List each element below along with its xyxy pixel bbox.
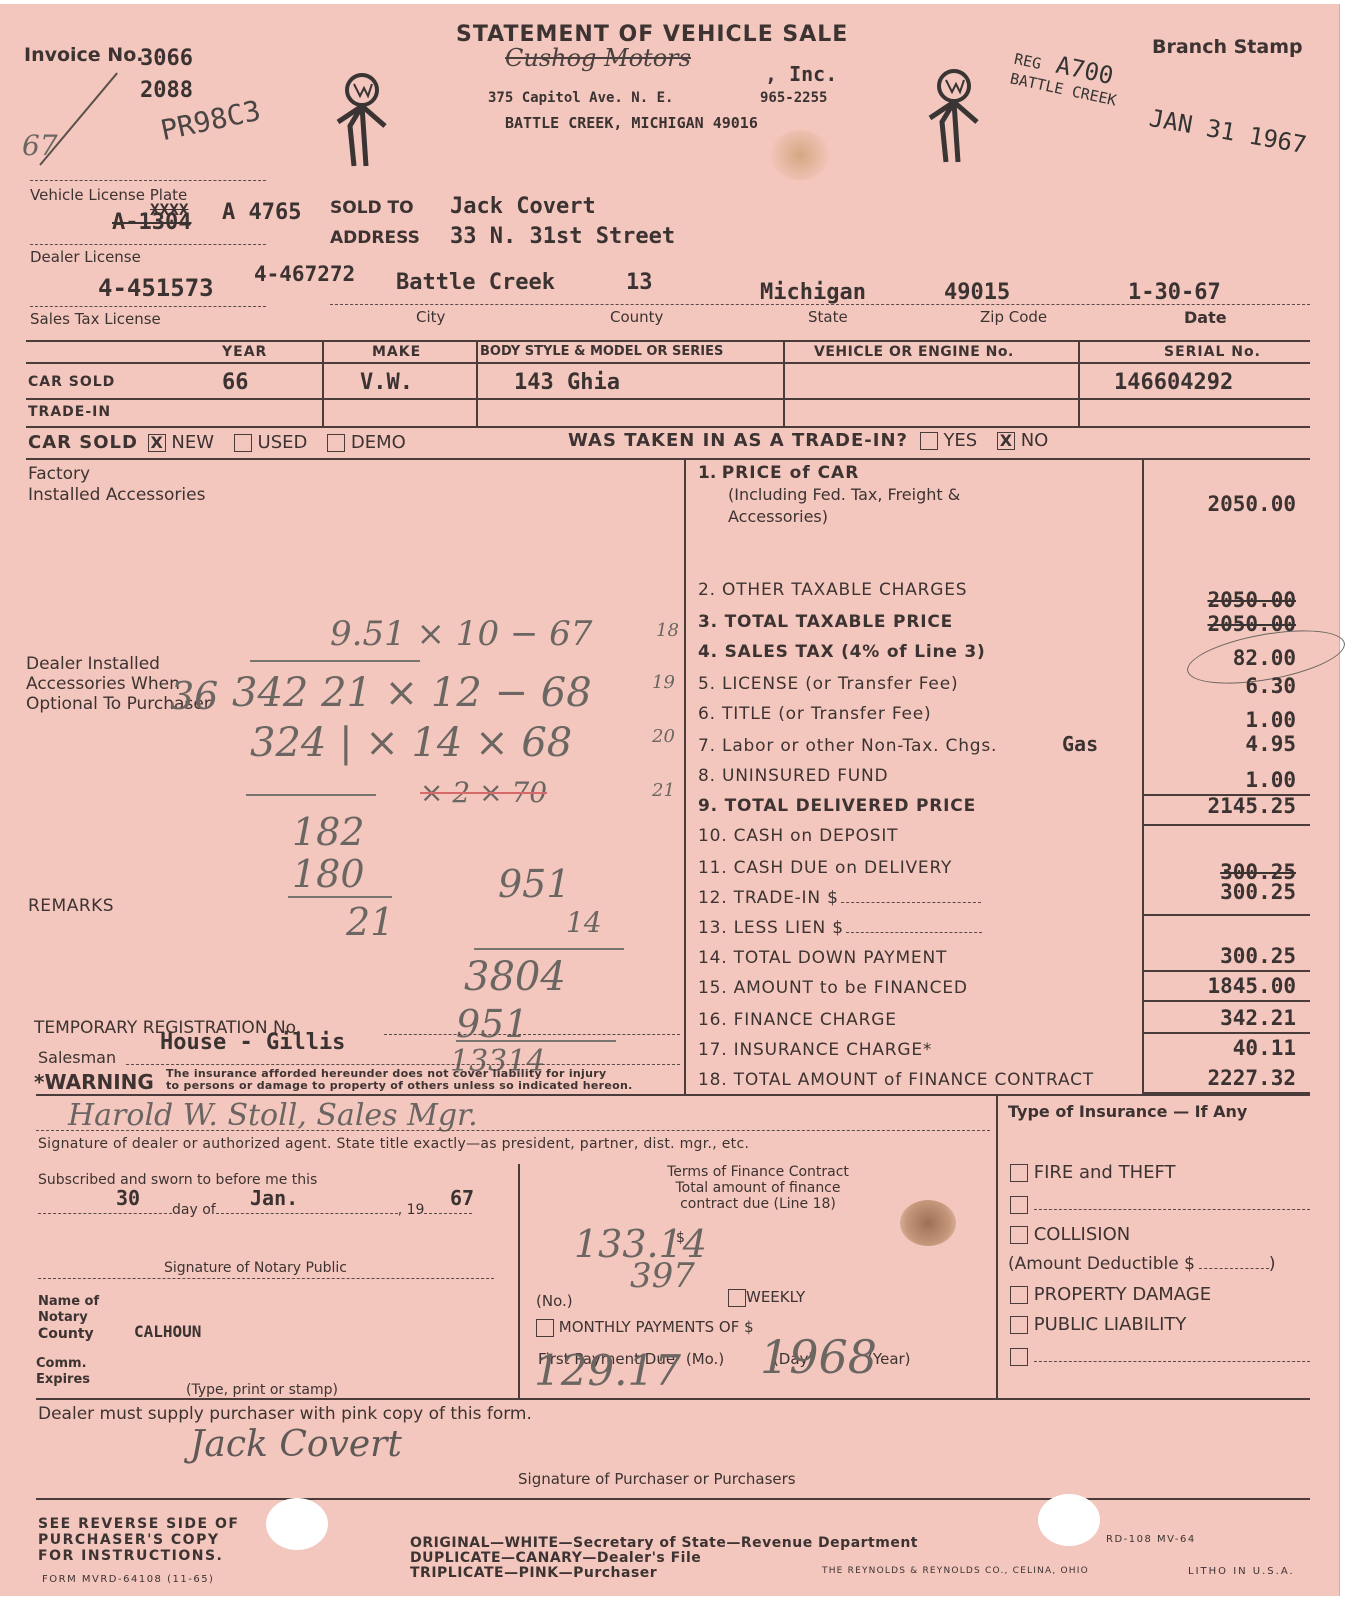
yes-label: YES: [943, 430, 977, 451]
amount-line-18: 2227.32: [1146, 1066, 1296, 1090]
warning-text: The insurance afforded hereunder does no…: [166, 1068, 633, 1092]
monthly-checkbox[interactable]: [536, 1319, 554, 1337]
insurance-blank-1: [1010, 1194, 1310, 1215]
calc-line-6: 180: [292, 852, 365, 896]
car-sold-serial: 146604292: [1114, 370, 1233, 395]
dealer-license: 4-451573: [98, 274, 214, 302]
amount-line-14: 300.25: [1146, 944, 1296, 968]
type-print-label: (Type, print or stamp): [186, 1382, 338, 1398]
pink-copy-note: Dealer must supply purchaser with pink c…: [38, 1404, 532, 1424]
demo-checkbox[interactable]: [327, 434, 345, 452]
line-8-uninsured-fund: 8. UNINSURED FUND: [698, 766, 888, 786]
calc-line-1: 9.51 × 10 − 67: [330, 614, 592, 654]
form-number: FORM MVRD-64108 (11-65): [42, 1574, 214, 1585]
rd-code: RD-108 MV-64: [1106, 1534, 1196, 1545]
no-checkbox[interactable]: X: [997, 432, 1015, 450]
line-5-license: 5. LICENSE (or Transfer Fee): [698, 674, 958, 694]
yes-checkbox[interactable]: [920, 432, 938, 450]
trade-in-question: WAS TAKEN IN AS A TRADE-IN?: [568, 430, 908, 451]
insurance-title: Type of Insurance — If Any: [1008, 1102, 1247, 1121]
blank-insurance-checkbox-1[interactable]: [1010, 1196, 1028, 1214]
line-17-insurance-charge: 17. INSURANCE CHARGE*: [698, 1040, 932, 1060]
calc-line-2-left: 36: [170, 674, 218, 718]
mul-partial-1: 3804: [464, 954, 566, 1000]
dealer-license-label: Dealer License: [30, 248, 141, 266]
hand-monthly-payment: 129.17: [534, 1346, 681, 1395]
invoice-number-2: 2088: [140, 78, 193, 103]
new-checkbox[interactable]: X: [148, 434, 166, 452]
hand-finance-amount-2: 397: [630, 1256, 695, 1296]
day-of-row: day of, 19: [38, 1202, 472, 1218]
vw-mascot-icon-left: [330, 66, 390, 176]
buyer-zip: 49015: [944, 280, 1010, 305]
amount-line-8: 1.00: [1146, 768, 1296, 792]
weekly-row: WEEKLY: [728, 1288, 805, 1307]
notary-signature-label: Signature of Notary Public: [164, 1260, 347, 1276]
amount-line-12: 300.25: [1146, 880, 1296, 904]
dealer-signature: Harold W. Stoll, Sales Mgr.: [68, 1098, 478, 1133]
amount-line-17: 40.11: [1146, 1036, 1296, 1060]
stain: [900, 1200, 956, 1246]
insurance-public-liability: PUBLIC LIABILITY: [1010, 1314, 1186, 1335]
amount-line-6: 1.00: [1146, 708, 1296, 732]
amount-line-9: 2145.25: [1146, 794, 1296, 818]
stain-top: [770, 130, 830, 180]
amount-line-1: 2050.00: [1146, 492, 1296, 516]
litho-credit: LITHO IN U.S.A.: [1188, 1566, 1295, 1577]
used-checkbox[interactable]: [234, 434, 252, 452]
vehicle-sale-form: Invoice No. 3066 2088 PR98C3 67 STATEMEN…: [0, 4, 1340, 1596]
amount-line-15: 1845.00: [1146, 974, 1296, 998]
weekly-checkbox[interactable]: [728, 1289, 746, 1307]
branch-stamp-label: Branch Stamp: [1152, 36, 1303, 58]
new-label: NEW: [171, 432, 214, 453]
line-15-amount-financed: 15. AMOUNT to be FINANCED: [698, 978, 968, 998]
handwritten-mark: 67: [22, 129, 58, 162]
amount-line-16: 342.21: [1146, 1006, 1296, 1030]
line-16-finance-charge: 16. FINANCE CHARGE: [698, 1010, 897, 1030]
buyer-name: Jack Covert: [450, 194, 596, 219]
calc-line-4: × 2 × 70: [420, 776, 547, 809]
line-4-sales-tax: 4. SALES TAX (4% of Line 3): [698, 642, 986, 662]
sales-tax-license: 4-467272: [254, 262, 355, 286]
zip-label: Zip Code: [980, 308, 1047, 326]
line-7-labor: 7. Labor or other Non-Tax. Chgs.: [698, 736, 997, 756]
condition-row: CAR SOLD X NEW USED DEMO: [28, 432, 406, 453]
used-label: USED: [258, 432, 308, 453]
finance-dollar-sign: $: [676, 1230, 685, 1246]
line-18-total-finance-contract: 18. TOTAL AMOUNT of FINANCE CONTRACT: [698, 1070, 1094, 1090]
line-10-cash-deposit: 10. CASH on DEPOSIT: [698, 826, 898, 846]
county-label: County: [610, 308, 663, 326]
col-engine: VEHICLE OR ENGINE No.: [814, 344, 1014, 360]
state-label: State: [808, 308, 848, 326]
blank-insurance-checkbox-2[interactable]: [1010, 1348, 1028, 1366]
see-reverse-note: SEE REVERSE SIDE OF PURCHASER'S COPY FOR…: [38, 1516, 239, 1564]
row-car-sold-label: CAR SOLD: [28, 374, 115, 390]
vw-mascot-icon-right: [922, 62, 982, 172]
dealer-city: BATTLE CREEK, MICHIGAN 49016: [505, 114, 758, 132]
invoice-label: Invoice No.: [24, 44, 143, 66]
line-2-other-taxable: 2. OTHER TAXABLE CHARGES: [698, 580, 967, 600]
comm-expires-label: Comm. Expires: [36, 1356, 106, 1388]
line-11-cash-due: 11. CASH DUE on DELIVERY: [698, 858, 952, 878]
monthly-row: MONTHLY PAYMENTS OF $: [536, 1318, 754, 1337]
buyer-address: 33 N. 31st Street: [450, 224, 675, 249]
vehicle-plate-xs: XXXX: [150, 200, 189, 219]
car-sold-model: 143 Ghia: [514, 370, 620, 395]
collision-checkbox[interactable]: [1010, 1226, 1028, 1244]
branch-stamp: REG A700 BATTLE CREEK: [1008, 42, 1124, 110]
remarks-label: REMARKS: [28, 896, 114, 916]
no-label: NO: [1021, 430, 1049, 451]
salesman-name: House - Gillis: [160, 1030, 345, 1055]
demo-label: DEMO: [351, 432, 406, 453]
sales-tax-license-label: Sales Tax License: [30, 310, 161, 328]
row-trade-in-label: TRADE-IN: [28, 404, 111, 420]
deductible-row: (Amount Deductible $): [1008, 1254, 1276, 1274]
address-label: ADDRESS: [330, 228, 420, 248]
notary-name-label: Name of Notary: [38, 1294, 118, 1326]
calc-line-2: 342 21 × 12 − 68: [232, 670, 592, 716]
buyer-state: Michigan: [760, 280, 866, 305]
printer-credit: THE REYNOLDS & REYNOLDS CO., CELINA, OHI…: [822, 1566, 1089, 1576]
warning-label: *WARNING: [34, 1070, 154, 1094]
dealer-suffix: , Inc.: [765, 62, 837, 86]
insurance-blank-2: [1010, 1346, 1310, 1367]
line-14-total-down: 14. TOTAL DOWN PAYMENT: [698, 948, 947, 968]
buyer-city: Battle Creek: [396, 270, 555, 295]
sale-date: 1-30-67: [1128, 280, 1221, 305]
line-9-total-delivered: 9. TOTAL DELIVERED PRICE: [698, 796, 976, 816]
salesman-label: Salesman: [38, 1048, 116, 1067]
dealer-name-struck: Cushog Motors: [505, 44, 691, 72]
purchaser-signature: Jack Covert: [190, 1424, 402, 1465]
calc-line-5: 182: [292, 810, 365, 854]
vehicle-plate-new: A 4765: [222, 200, 301, 225]
stamp-date: JAN 31 1967: [1147, 104, 1308, 159]
factory-accessories-label: Factory Installed Accessories: [28, 464, 205, 506]
pencil-stroke: [39, 72, 118, 165]
col-make: MAKE: [372, 344, 421, 360]
mul-by: 14: [566, 906, 602, 939]
punch-hole-right: [1038, 1494, 1100, 1546]
invoice-number-1: 3066: [140, 46, 193, 71]
insurance-fire-theft: FIRE and THEFT: [1010, 1162, 1176, 1183]
sold-to-label: SOLD TO: [330, 198, 414, 218]
line-3-total-taxable: 3. TOTAL TAXABLE PRICE: [698, 612, 953, 632]
insurance-property-damage: PROPERTY DAMAGE: [1010, 1284, 1211, 1305]
date-label: Date: [1184, 308, 1227, 327]
fire-theft-checkbox[interactable]: [1010, 1164, 1028, 1182]
gas-note: Gas: [1062, 732, 1098, 756]
property-damage-checkbox[interactable]: [1010, 1286, 1028, 1304]
line-12-trade-in: 12. TRADE-IN $: [698, 888, 981, 908]
public-liability-checkbox[interactable]: [1010, 1316, 1028, 1334]
dealer-phone: 965-2255: [760, 90, 827, 106]
col-model: BODY STYLE & MODEL OR SERIES: [480, 344, 723, 359]
line-1-price-of-car: 1. PRICE of CAR (Including Fed. Tax, Fre…: [698, 462, 1028, 528]
trade-in-question-row: WAS TAKEN IN AS A TRADE-IN? YES X NO: [568, 430, 1048, 451]
car-sold-year: 66: [222, 370, 249, 395]
no-label: (No.): [536, 1292, 573, 1310]
city-label: City: [416, 308, 445, 326]
car-sold-condition-label: CAR SOLD: [28, 432, 138, 453]
amount-line-2: 2050.00: [1146, 588, 1296, 612]
line-6-title: 6. TITLE (or Transfer Fee): [698, 704, 931, 724]
purchaser-signature-label: Signature of Purchaser or Purchasers: [518, 1470, 796, 1488]
line-13-less-lien: 13. LESS LIEN $: [698, 918, 982, 938]
mul-top: 951: [498, 862, 571, 906]
dealer-signature-label: Signature of dealer or authorized agent.…: [38, 1136, 749, 1152]
dealer-address: 375 Capitol Ave. N. E.: [488, 90, 673, 106]
car-sold-make: V.W.: [360, 370, 413, 395]
amount-line-7: 4.95: [1146, 732, 1296, 756]
finance-terms-title: Terms of Finance Contract Total amount o…: [630, 1164, 886, 1212]
insurance-collision: COLLISION: [1010, 1224, 1130, 1245]
hand-first-payment-year: 1968: [760, 1330, 877, 1384]
calc-line-7: 21: [346, 900, 394, 944]
amount-line-5: 6.30: [1146, 674, 1296, 698]
notary-county: CALHOUN: [134, 1322, 201, 1341]
col-serial: SERIAL No.: [1164, 344, 1261, 360]
buyer-county: 13: [626, 270, 653, 295]
col-year: YEAR: [222, 344, 267, 360]
notary-county-label: County: [38, 1326, 94, 1342]
calc-line-3: 324 | × 14 × 68: [250, 720, 572, 766]
punch-hole-left: [266, 1498, 328, 1550]
